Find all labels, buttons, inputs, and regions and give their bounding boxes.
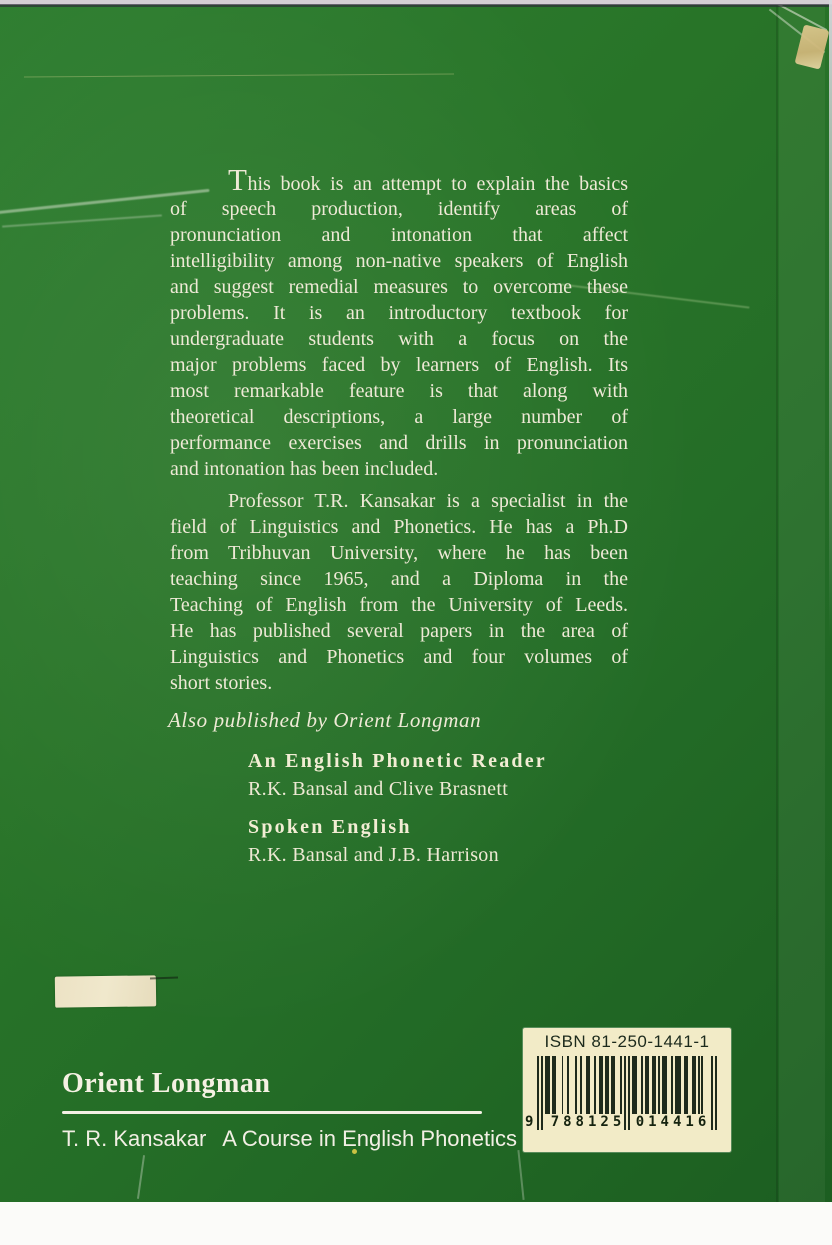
green-cover: This book is an attempt to explain the b… [0,0,832,1202]
footer-book-title: A Course in English Phonetics [222,1126,517,1151]
footer-author: T. R. Kansakar [62,1126,206,1151]
scuff-streak [137,1155,145,1199]
barcode-digits: 788125 [547,1114,629,1130]
barcode-box: ISBN 81-250-1441-1 9 788125 014416 [523,1028,731,1152]
text-line: most remarkable feature is that along wi… [170,378,628,404]
about-book-paragraph: This book is an attempt to explain the b… [170,170,628,482]
text-line: of speech production, identify areas of [170,196,628,222]
book-authors: R.K. Bansal and J.B. Harrison [248,844,499,867]
text-line: Linguistics and Phonetics and four volum… [170,644,628,670]
also-published-heading: Also published by Orient Longman [168,708,481,733]
book-entry: An English Phonetic Reader R.K. Bansal a… [248,750,547,801]
text-line: teaching since 1965, and a Diploma in th… [170,566,628,592]
text-line: short stories. [170,670,628,696]
text-line: pronunciation and intonation that affect [170,222,628,248]
text-line: performance exercises and drills in pron… [170,430,628,456]
text-line: He has published several papers in the a… [170,618,628,644]
about-author-paragraph: Professor T.R. Kansakar is a specialist … [170,488,628,696]
text-line: and intonation has been included. [170,456,628,482]
paragraph-lines: field of Linguistics and Phonetics. He h… [170,514,628,670]
spine-crease [776,6,778,1202]
text-line: problems. It is an introductory textbook… [170,300,628,326]
book-title: An English Phonetic Reader [248,750,547,773]
book-authors: R.K. Bansal and Clive Brasnett [248,778,547,801]
text-line: Professor T.R. Kansakar is a specialist … [170,488,628,514]
isbn-label: ISBN 81-250-1441-1 [523,1032,731,1052]
text-line: major problems faced by learners of Engl… [170,352,628,378]
barcode-digits: 014416 [631,1114,715,1130]
barcode-digit: 9 [525,1114,533,1130]
spine-highlight [779,6,825,1202]
scratch-mark [150,977,178,980]
text-line: theoretical descriptions, a large number… [170,404,628,430]
book-entry: Spoken English R.K. Bansal and J.B. Harr… [248,816,499,867]
scan-edge-shadow [0,4,832,7]
book-title: Spoken English [248,816,499,839]
dropcap-initial: T [228,162,247,197]
barcode-bar-module [715,1056,717,1130]
scratch-mark [24,73,454,77]
publisher-name: Orient Longman [62,1068,270,1100]
text-line: undergraduate students with a focus on t… [170,326,628,352]
footer-imprint: T. R. KansakarA Course in English Phonet… [62,1126,533,1152]
text-line: and suggest remedial measures to overcom… [170,274,628,300]
divider-rule [62,1111,482,1114]
book-back-cover-scan: This book is an attempt to explain the b… [0,0,832,1245]
text-line: intelligibility among non-native speaker… [170,248,628,274]
text-line: This book is an attempt to explain the b… [170,170,628,196]
text-line: Teaching of English from the University … [170,592,628,618]
first-line-text: his book is an attempt to explain the ba… [247,173,628,195]
text-line: from Tribhuvan University, where he has … [170,540,628,566]
paragraph-lines: of speech production, identify areas ofp… [170,196,628,456]
text-line: field of Linguistics and Phonetics. He h… [170,514,628,540]
tape-patch [55,975,156,1007]
scuff-streak [2,214,162,227]
scuff-streak [517,1150,524,1200]
